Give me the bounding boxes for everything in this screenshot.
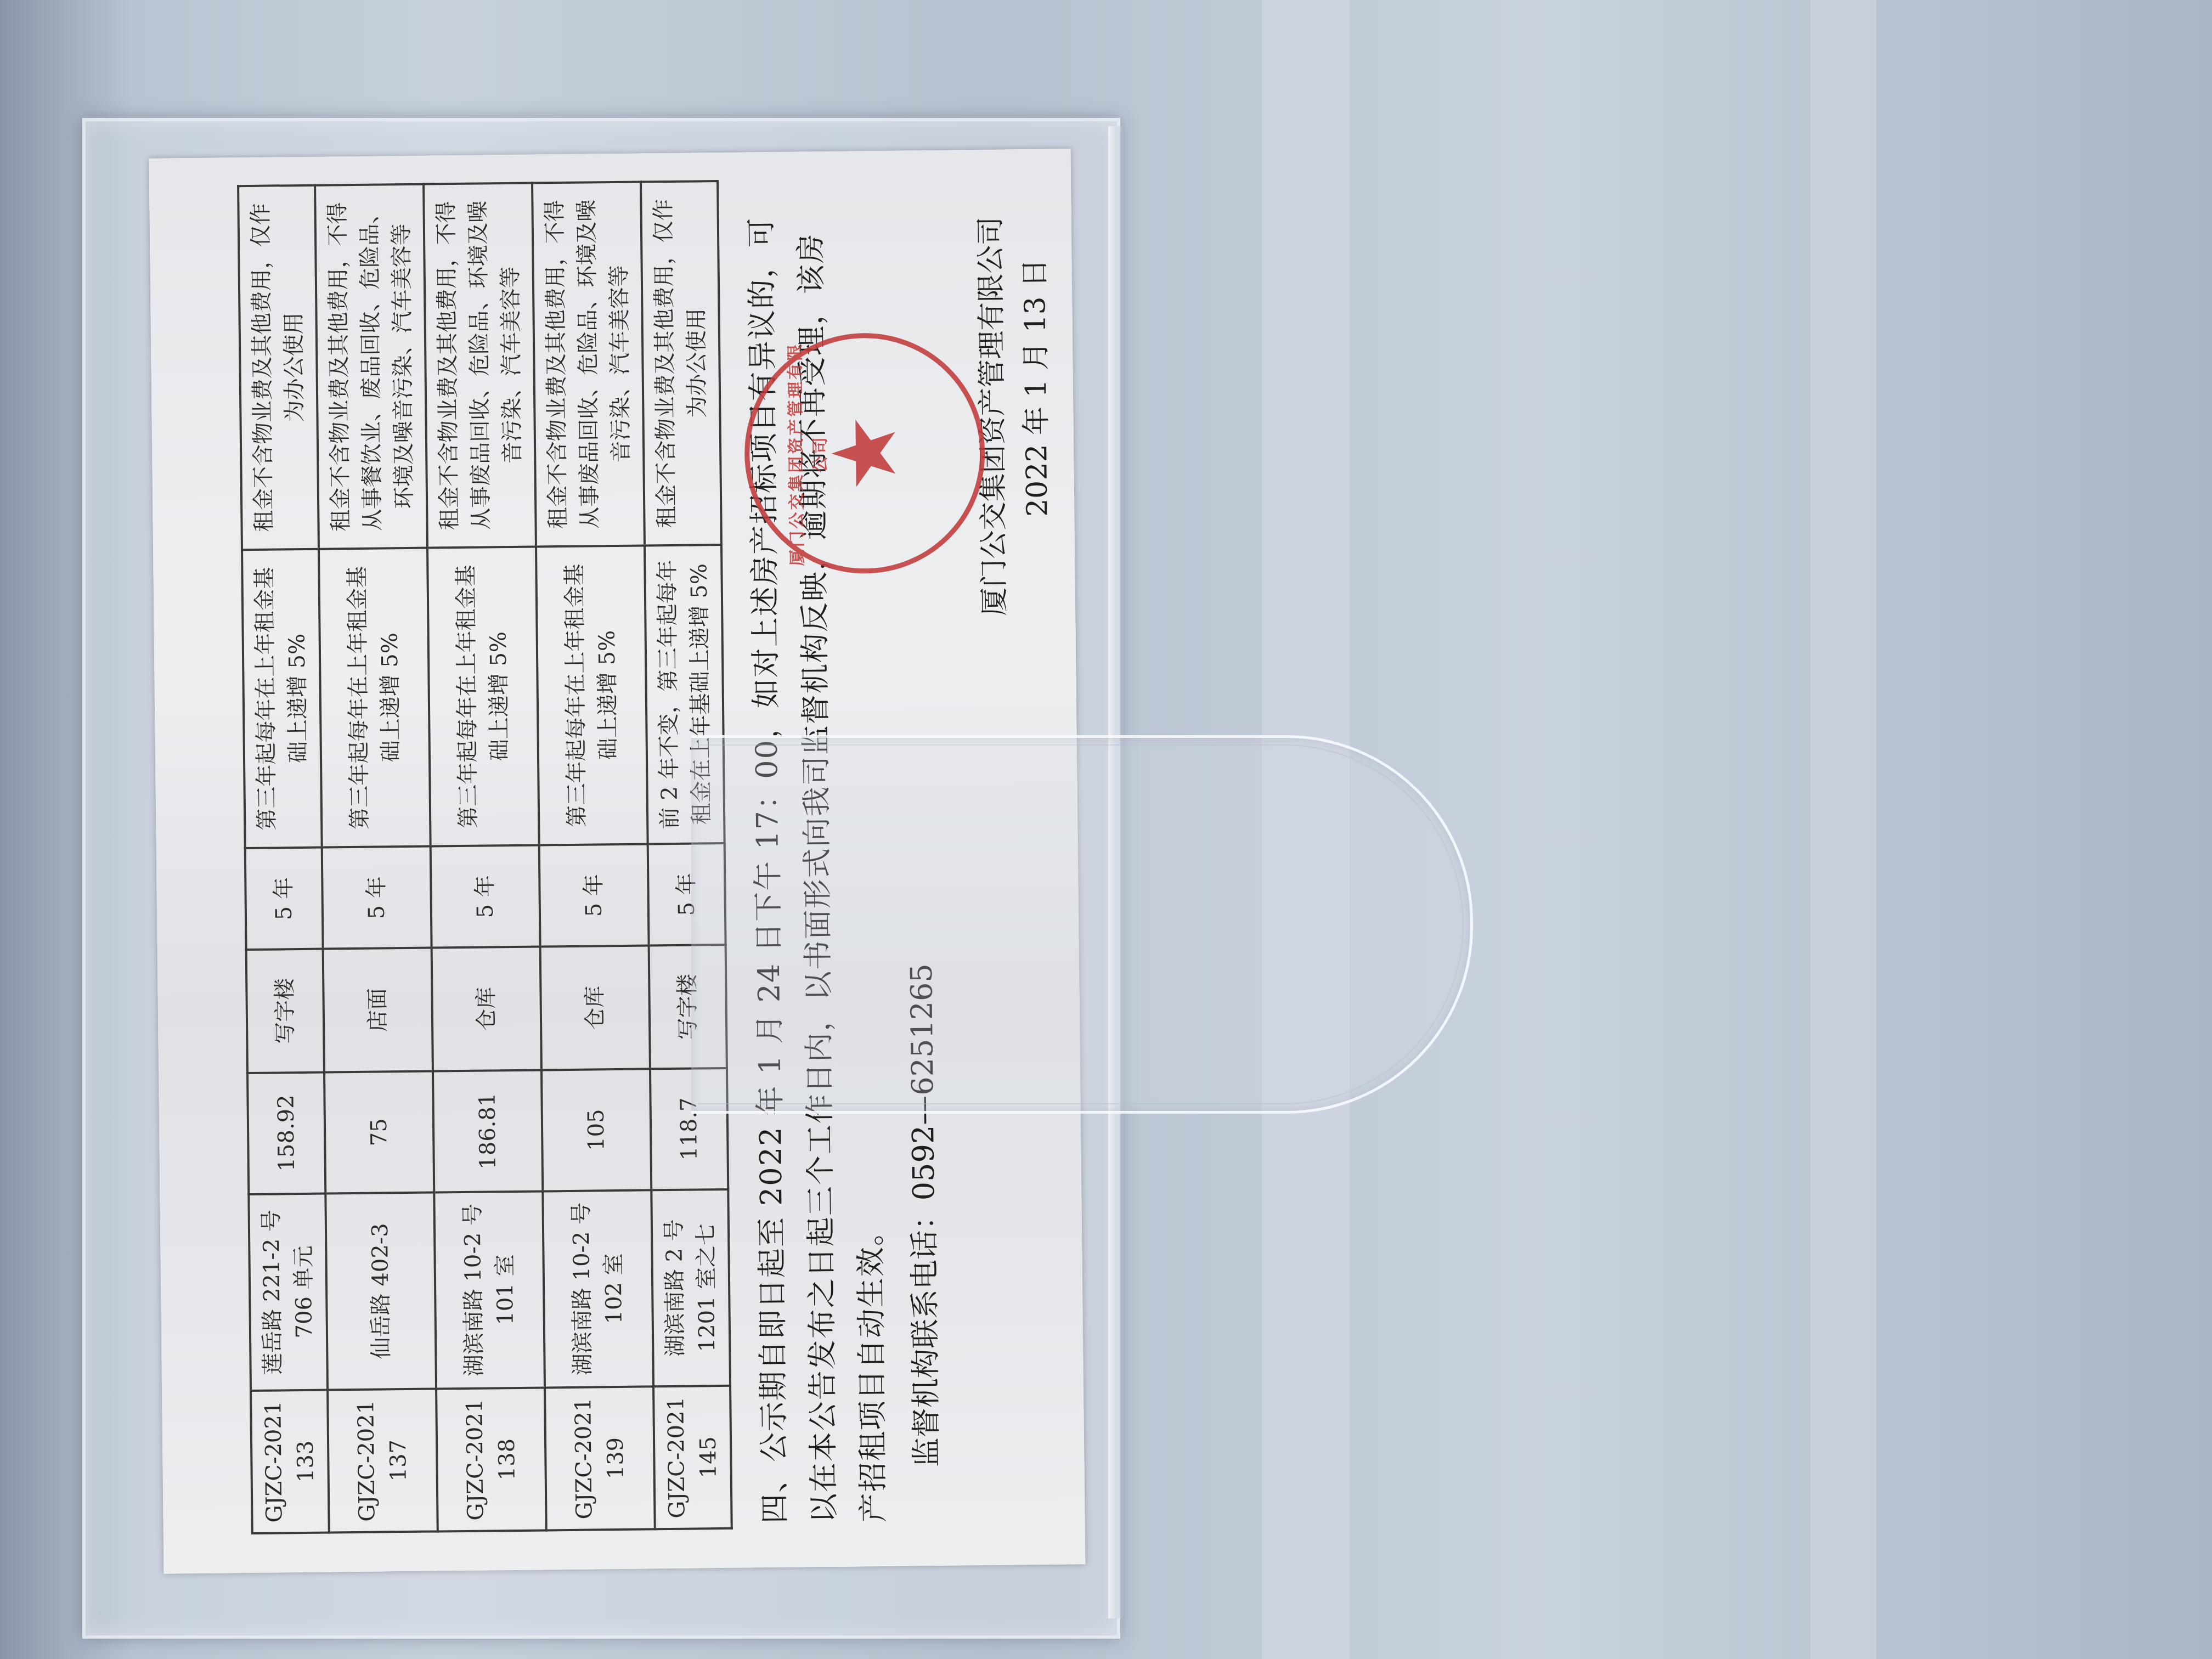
cell-term: 5 年 bbox=[245, 848, 323, 950]
cell-area: 105 bbox=[541, 1069, 651, 1191]
cell-address: 莲岳路 221-2 号 706 单元 bbox=[249, 1193, 328, 1391]
cell-note: 租金不含物业费及其他费用，不得从事废品回收、危险品、环境及噪音污染、汽车美容等 bbox=[424, 183, 536, 548]
cell-area: 75 bbox=[324, 1071, 434, 1193]
cell-rent-rule: 第三年起每年在上年租金基础上递增 5% bbox=[319, 548, 431, 848]
cell-address: 湖滨南路 10-2 号 102 室 bbox=[543, 1190, 653, 1387]
cell-note: 租金不含物业费及其他费用，不得从事废品回收、危险品、环境及噪音污染、汽车美容等 bbox=[532, 182, 645, 546]
cell-rent-rule: 第三年起每年在上年租金基础上递增 5% bbox=[536, 545, 648, 845]
cell-rent-rule: 第三年起每年在上年租金基础上递增 5% bbox=[242, 549, 322, 848]
company-seal: 厦门公交集团资产管理有限公司 ★ bbox=[743, 332, 986, 575]
cell-project-id: GJZC-2021 145 bbox=[653, 1386, 732, 1530]
cell-use: 写字楼 bbox=[246, 949, 324, 1073]
cell-use: 店面 bbox=[323, 948, 433, 1072]
cell-project-id: GJZC-2021 138 bbox=[436, 1387, 546, 1531]
cell-project-id: GJZC-2021 133 bbox=[251, 1390, 329, 1533]
cell-rent-rule: 第三年起每年在上年租金基础上递增 5% bbox=[427, 546, 539, 847]
background-window-frame bbox=[1810, 0, 1876, 1659]
notch-inner-edge bbox=[698, 744, 1464, 1104]
table-row: GJZC-2021 139湖滨南路 10-2 号 102 室105仓库5 年第三… bbox=[532, 182, 655, 1530]
cell-note: 租金不含物业费及其他费用，不得从事餐饮业、废品回收、危险品、环境及噪音污染、汽车… bbox=[315, 184, 427, 549]
cell-term: 5 年 bbox=[322, 847, 432, 949]
cell-use: 仓库 bbox=[432, 947, 541, 1071]
cell-address: 仙岳路 402-3 bbox=[325, 1192, 436, 1390]
table-row: GJZC-2021 137仙岳路 402-375店面5 年第三年起每年在上年租金… bbox=[315, 184, 438, 1533]
cell-note: 租金不含物业费及其他费用，仅作为办公使用 bbox=[238, 185, 319, 550]
cell-term: 5 年 bbox=[431, 845, 540, 948]
cell-area: 186.81 bbox=[433, 1070, 543, 1192]
cell-project-id: GJZC-2021 139 bbox=[545, 1386, 655, 1530]
table-row: GJZC-2021 133莲岳路 221-2 号 706 单元158.92写字楼… bbox=[238, 185, 329, 1533]
cell-term: 5 年 bbox=[539, 844, 649, 947]
cell-note: 租金不含物业费及其他费用，仅作为办公使用 bbox=[641, 181, 721, 545]
sign-date: 2022 年 1 月 13 日 bbox=[1012, 258, 1056, 517]
supervision-phone-label: 监督机构联系电话： bbox=[907, 1200, 944, 1468]
star-icon: ★ bbox=[820, 414, 909, 493]
cell-use: 仓库 bbox=[540, 946, 650, 1070]
cell-address: 湖滨南路 2 号 1201 室之七 bbox=[651, 1189, 730, 1387]
cell-address: 湖滨南路 10-2 号 101 室 bbox=[434, 1191, 545, 1389]
finger-notch bbox=[691, 735, 1473, 1114]
table-row: GJZC-2021 138湖滨南路 10-2 号 101 室186.81仓库5 … bbox=[424, 183, 546, 1532]
property-table: GJZC-2021 133莲岳路 221-2 号 706 单元158.92写字楼… bbox=[237, 180, 733, 1534]
cell-project-id: GJZC-2021 137 bbox=[328, 1389, 438, 1532]
cell-area: 158.92 bbox=[247, 1072, 325, 1194]
